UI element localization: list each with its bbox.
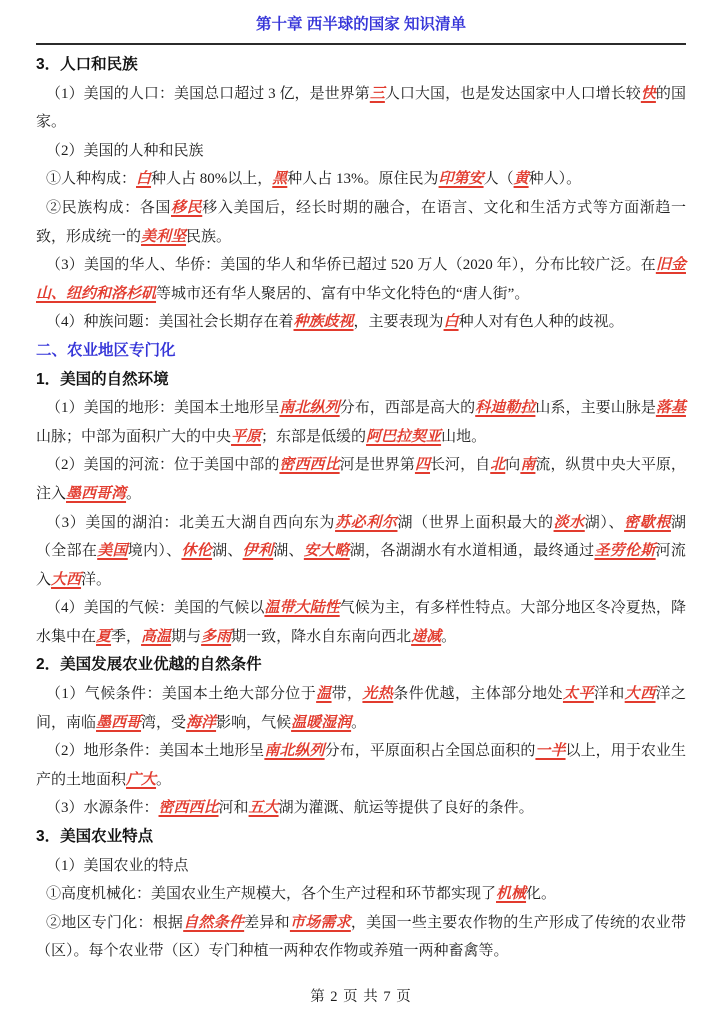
document-body: 3．人口和民族（1）美国的人口：美国总口超过 3 亿，是世界第三人口大国，也是发… xyxy=(36,51,686,966)
text-run: 河是世界第 xyxy=(340,457,415,473)
text-run: 境内）、 xyxy=(128,543,182,559)
text-run: 向 xyxy=(505,457,520,473)
paragraph: ②地区专门化：根据自然条件差异和市场需求，美国一些主要农作物的生产形成了传统的农… xyxy=(36,909,686,966)
text-run: （1）美国的地形：美国本土地形呈 xyxy=(46,400,279,416)
highlighted-term: 美国 xyxy=(97,543,128,559)
highlighted-term: 移民 xyxy=(171,200,202,216)
text-run: 季， xyxy=(111,629,141,645)
text-run: （1）气候条件：美国本土绝大部分位于 xyxy=(46,686,316,702)
text-run: 种人占 80%以上， xyxy=(151,171,272,187)
highlighted-term: 安大略 xyxy=(304,543,350,559)
text-run: （1）美国的人口：美国总口超过 3 亿，是世界第 xyxy=(46,86,370,102)
highlighted-term: 快 xyxy=(641,86,656,102)
text-run: （3）美国的华人、华侨：美国的华人和华侨已超过 520 万人（2020 年），分… xyxy=(46,257,656,273)
text-run: 民族。 xyxy=(186,229,231,245)
highlighted-term: 密歇根 xyxy=(624,515,671,531)
highlighted-term: 一半 xyxy=(535,743,565,759)
text-run: 湖）、 xyxy=(585,515,624,531)
highlighted-term: 休伦 xyxy=(181,543,212,559)
highlighted-term: 市场需求 xyxy=(290,915,351,931)
paragraph: ①人种构成：白种人占 80%以上，黑种人占 13%。原住民为印第安人（黄种人）。 xyxy=(36,165,686,194)
text-run: 人（ xyxy=(484,171,514,187)
text-run: 山系，主要山脉是 xyxy=(535,400,655,416)
text-run: 种人）。 xyxy=(529,171,582,187)
text-run: 带， xyxy=(332,686,363,702)
paragraph: ①高度机械化：美国农业生产规模大，各个生产过程和环节都实现了机械化。 xyxy=(36,880,686,909)
text-run: 山地。 xyxy=(441,429,486,445)
highlighted-term: 大西 xyxy=(51,572,81,588)
header-divider xyxy=(36,43,686,45)
text-run: 3．美国农业特点 xyxy=(36,828,153,845)
highlighted-term: 海洋 xyxy=(186,715,216,731)
text-run: 二、农业地区专门化 xyxy=(36,342,176,359)
paragraph: （2）地形条件：美国本土地形呈南北纵列分布，平原面积占全国总面积的一半以上，用于… xyxy=(36,737,686,794)
text-run: 湖（世界上面积最大的 xyxy=(397,515,553,531)
section-heading: 1．美国的自然环境 xyxy=(36,366,686,395)
highlighted-term: 白 xyxy=(444,314,459,330)
highlighted-term: 夏 xyxy=(96,629,111,645)
paragraph: （1）美国的人口：美国总口超过 3 亿，是世界第三人口大国，也是发达国家中人口增… xyxy=(36,80,686,137)
text-run: 湖、 xyxy=(212,543,243,559)
text-run: ②民族构成：各国 xyxy=(46,200,171,216)
section-heading: 2．美国发展农业优越的自然条件 xyxy=(36,651,686,680)
highlighted-term: 淡水 xyxy=(554,515,585,531)
highlighted-term: 递减 xyxy=(411,629,441,645)
highlighted-term: 黑 xyxy=(272,171,287,187)
text-run: （4）美国的气候：美国的气候以 xyxy=(46,600,264,616)
highlighted-term: 印第安 xyxy=(439,171,484,187)
highlighted-term: 自然条件 xyxy=(183,915,244,931)
highlighted-term: 黄 xyxy=(514,171,529,187)
text-run: 人口大国，也是发达国家中人口增长较 xyxy=(385,86,641,102)
highlighted-term: 南 xyxy=(520,457,535,473)
highlighted-term: 圣劳伦斯 xyxy=(594,543,655,559)
text-run: （4）种族问题：美国社会长期存在着 xyxy=(46,314,294,330)
paragraph: （4）种族问题：美国社会长期存在着种族歧视，主要表现为白种人对有色人种的歧视。 xyxy=(36,308,686,337)
paragraph: （1）美国的地形：美国本土地形呈南北纵列分布，西部是高大的科迪勒拉山系，主要山脉… xyxy=(36,394,686,451)
text-run: （2）美国的人种和民族 xyxy=(46,143,204,159)
highlighted-term: 种族歧视 xyxy=(294,314,354,330)
text-run: （1）美国农业的特点 xyxy=(46,858,189,874)
highlighted-term: 阿巴拉契亚 xyxy=(366,429,441,445)
section-heading: 3．美国农业特点 xyxy=(36,823,686,852)
text-run: 差异和 xyxy=(244,915,290,931)
paragraph: （1）美国农业的特点 xyxy=(36,852,686,881)
text-run: （3）美国的湖泊：北美五大湖自西向东为 xyxy=(46,515,335,531)
text-run: 湖，各湖湖水有水道相通，最终通过 xyxy=(350,543,595,559)
highlighted-term: 墨西哥 xyxy=(96,715,141,731)
highlighted-term: 太平 xyxy=(563,686,594,702)
paragraph: （3）水源条件：密西西比河和五大湖为灌溉、航运等提供了良好的条件。 xyxy=(36,794,686,823)
text-run: 湖、 xyxy=(273,543,304,559)
paragraph: ②民族构成：各国移民移入美国后，经长时期的融合，在语言、文化和生活方式等方面渐趋… xyxy=(36,194,686,251)
page-footer: 第 2 页 共 7 页 xyxy=(0,985,722,1006)
paragraph: （1）气候条件：美国本土绝大部分位于温带，光热条件优越，主体部分地处太平洋和大西… xyxy=(36,680,686,737)
highlighted-term: 温带大陆性 xyxy=(264,600,339,616)
text-run: 分布，西部是高大的 xyxy=(340,400,476,416)
highlighted-term: 南北纵列 xyxy=(264,743,324,759)
text-run: 长河，自 xyxy=(430,457,490,473)
paragraph: （3）美国的华人、华侨：美国的华人和华侨已超过 520 万人（2020 年），分… xyxy=(36,251,686,308)
text-run: ，主要表现为 xyxy=(354,314,444,330)
text-run: 种人对有色人种的歧视。 xyxy=(459,314,624,330)
page-title: 第十章 西半球的国家 知识清单 xyxy=(36,12,686,38)
text-run: 湖为灌溉、航运等提供了良好的条件。 xyxy=(279,800,534,816)
text-run: ②地区专门化：根据 xyxy=(46,915,183,931)
highlighted-term: 高温 xyxy=(141,629,171,645)
text-run: ；东部是低缓的 xyxy=(261,429,366,445)
text-run: 1．美国的自然环境 xyxy=(36,371,169,388)
paragraph: （2）美国的人种和民族 xyxy=(36,137,686,166)
text-run: 3．人口和民族 xyxy=(36,56,138,73)
highlighted-term: 墨西哥湾 xyxy=(66,486,126,502)
text-run: ①高度机械化：美国农业生产规模大，各个生产过程和环节都实现了 xyxy=(46,886,496,902)
paragraph: （2）美国的河流：位于美国中部的密西西比河是世界第四长河，自北向南流，纵贯中央大… xyxy=(36,451,686,508)
highlighted-term: 机械 xyxy=(496,886,526,902)
text-run: ①人种构成： xyxy=(46,171,136,187)
text-run: （3）水源条件： xyxy=(46,800,159,816)
highlighted-term: 白 xyxy=(136,171,151,187)
highlighted-term: 科迪勒拉 xyxy=(475,400,535,416)
highlighted-term: 大西 xyxy=(625,686,656,702)
highlighted-term: 伊利 xyxy=(243,543,274,559)
text-run: （2）地形条件：美国本土地形呈 xyxy=(46,743,264,759)
section-heading: 3．人口和民族 xyxy=(36,51,686,80)
highlighted-term: 四 xyxy=(415,457,430,473)
text-run: 湾，受 xyxy=(141,715,186,731)
document-page: 第十章 西半球的国家 知识清单 3．人口和民族（1）美国的人口：美国总口超过 3… xyxy=(0,0,722,1024)
text-run: （2）美国的河流：位于美国中部的 xyxy=(46,457,279,473)
text-run: 期与 xyxy=(171,629,201,645)
text-run: 期一致，降水自东南向西北 xyxy=(231,629,411,645)
highlighted-term: 落基 xyxy=(656,400,686,416)
text-run: 化。 xyxy=(526,886,556,902)
highlighted-term: 温 xyxy=(316,686,331,702)
highlighted-term: 密西西比 xyxy=(279,457,339,473)
text-run: 。 xyxy=(351,715,366,731)
highlighted-term: 美利坚 xyxy=(141,229,186,245)
highlighted-term: 北 xyxy=(490,457,505,473)
text-run: 山脉；中部为面积广大的中央 xyxy=(36,429,231,445)
highlighted-term: 南北纵列 xyxy=(279,400,339,416)
highlighted-term: 三 xyxy=(370,86,385,102)
text-run: 种人占 13%。原住民为 xyxy=(287,171,438,187)
text-run: 河和 xyxy=(219,800,249,816)
text-run: 洋。 xyxy=(81,572,111,588)
text-run: 影响，气候 xyxy=(216,715,291,731)
text-run: 。 xyxy=(441,629,456,645)
highlighted-term: 广大 xyxy=(126,772,156,788)
highlighted-term: 光热 xyxy=(362,686,393,702)
highlighted-term: 密西西比 xyxy=(159,800,219,816)
highlighted-term: 苏必利尔 xyxy=(335,515,397,531)
highlighted-term: 五大 xyxy=(249,800,279,816)
highlighted-term: 平原 xyxy=(231,429,261,445)
text-run: 分布，平原面积占全国总面积的 xyxy=(325,743,536,759)
text-run: 洋和 xyxy=(594,686,625,702)
highlighted-term: 多雨 xyxy=(201,629,231,645)
text-run: 。 xyxy=(156,772,171,788)
text-run: 等城市还有华人聚居的、富有中华文化特色的“唐人街”。 xyxy=(156,286,529,302)
paragraph: （4）美国的气候：美国的气候以温带大陆性气候为主，有多样性特点。大部分地区冬冷夏… xyxy=(36,594,686,651)
text-run: 。 xyxy=(126,486,141,502)
text-run: 2．美国发展农业优越的自然条件 xyxy=(36,656,262,673)
section-heading: 二、农业地区专门化 xyxy=(36,337,686,366)
text-run: 条件优越，主体部分地处 xyxy=(393,686,563,702)
paragraph: （3）美国的湖泊：北美五大湖自西向东为苏必利尔湖（世界上面积最大的淡水湖）、密歇… xyxy=(36,509,686,595)
highlighted-term: 温暖湿润 xyxy=(291,715,351,731)
